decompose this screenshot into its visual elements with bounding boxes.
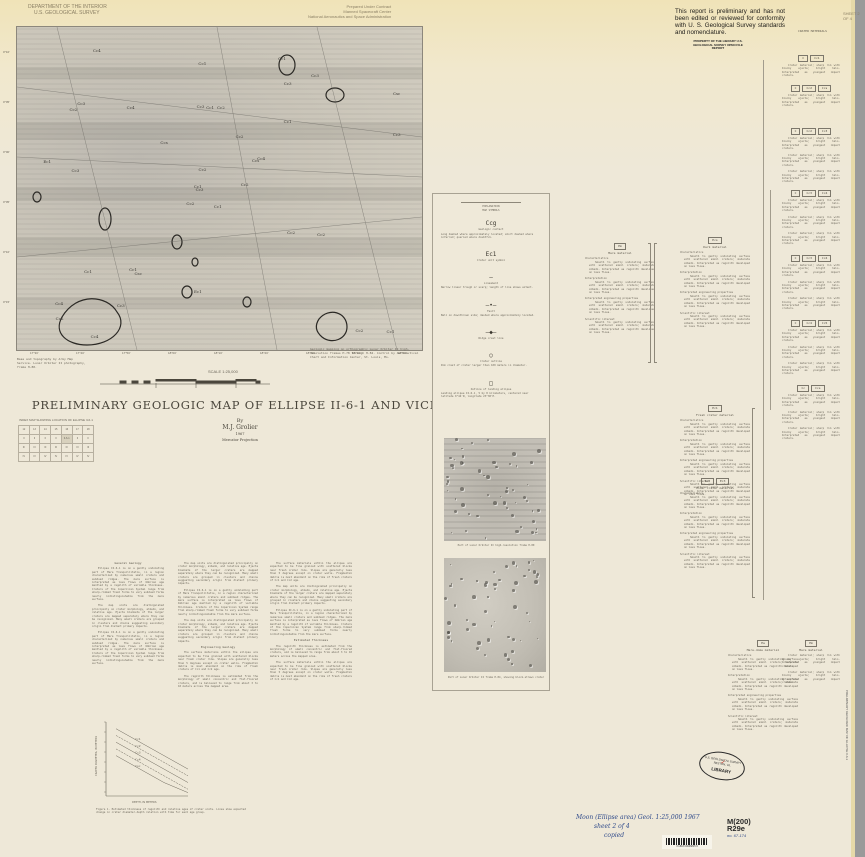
scale-title: SCALE 1:25,000 xyxy=(208,369,238,374)
index-cell: 16 xyxy=(62,426,73,435)
index-cell: 13 xyxy=(30,426,41,435)
map-unit-label: Cc1 xyxy=(84,269,92,274)
crater-dot xyxy=(452,467,454,469)
crater-dot xyxy=(532,520,535,523)
crater-dot xyxy=(451,583,452,584)
geologic-map[interactable]: Cc1Cc2Cc3Cc4CcsCscCc1Cc2Cc3Cc2Cc4Cc1Cc3C… xyxy=(16,26,423,351)
crater-dot xyxy=(486,475,490,479)
crater-dot xyxy=(450,564,452,566)
crater-unit-group: CCc1Crater material; sharp rim with bloc… xyxy=(782,55,840,81)
unit-symbol-box: Ea xyxy=(757,640,769,647)
unit-symbol-box: C xyxy=(791,190,801,197)
crater-dot xyxy=(504,653,508,657)
orbiter-photo-2[interactable] xyxy=(444,558,546,672)
map-unit-label: Cc2 xyxy=(317,232,325,237)
call-number: M(200) R29e no. 67-174 xyxy=(727,818,751,839)
agency-header: DEPARTMENT OF THE INTERIOR U.S. GEOLOGIC… xyxy=(28,4,107,16)
crater-unit-group: CCc3Cc4Crater material; sharp rim with b… xyxy=(782,255,840,314)
index-cell: II xyxy=(19,435,30,444)
crater-dot xyxy=(447,490,448,491)
crater-dot xyxy=(515,530,519,534)
crater-dot xyxy=(512,561,516,565)
map-unit-label: Cc2 xyxy=(355,328,363,333)
crater-dot xyxy=(461,503,465,507)
crater-dot xyxy=(466,628,469,631)
photo-2-caption: Part of Lunar Orbiter II frame H-84, sho… xyxy=(446,676,546,679)
map-unit-label: Cc3 xyxy=(284,81,292,86)
crater-unit-group: CcCcsCrater material; sharp rim with blo… xyxy=(782,385,840,444)
map-credits-right: Geologic mapping on orthographic Lunar O… xyxy=(310,347,420,359)
unit-desc: Crater material; sharp rim with blocky e… xyxy=(782,346,840,360)
map-unit-label: Cc3 xyxy=(77,101,85,106)
crater-dot xyxy=(529,621,531,623)
crater-dot xyxy=(451,532,452,533)
crater-dot xyxy=(509,463,511,465)
crater-dot xyxy=(494,588,496,590)
crater-dot xyxy=(449,457,452,460)
unit-symbol-box: C xyxy=(791,320,801,327)
bracket xyxy=(650,243,651,363)
crater-dot xyxy=(477,641,481,645)
map-unit-label: Ccs xyxy=(160,140,167,145)
unit-section-body: Smooth to gently undulating surface with… xyxy=(684,496,750,510)
legend-desc: Landing ellipse II-6-1, 5 by 8 kilometer… xyxy=(441,392,541,398)
unit-symbol-box: Cc3 xyxy=(802,190,815,197)
section-body: The regolith thickness is estimated from… xyxy=(178,675,258,689)
crater-dot xyxy=(487,596,488,597)
unit-symbol-box: Cc3 xyxy=(818,128,831,135)
crater-dot xyxy=(487,439,489,441)
unit-section-body: Smooth to gently undulating surface with… xyxy=(589,261,655,275)
unit-section-body: Smooth to gently undulating surface with… xyxy=(589,321,655,335)
section-heading: Engineering Geology xyxy=(178,646,258,649)
crater-dot xyxy=(528,561,531,564)
unit-symbol-box: C xyxy=(791,128,801,135)
crater-dot xyxy=(507,636,510,639)
unit-section-body: Smooth to gently undulating surface with… xyxy=(684,275,750,289)
crater-dot xyxy=(472,595,476,599)
map-x-tick: 18°20' xyxy=(260,351,268,355)
map-unit-label: Cc2 xyxy=(287,230,295,235)
barcode-bars xyxy=(666,838,708,845)
chart-series-line xyxy=(116,756,188,793)
crater-dot xyxy=(460,487,464,491)
legend-label: Lineament xyxy=(441,282,541,285)
unit-desc: Crater material; sharp rim with blocky e… xyxy=(782,216,840,230)
index-grid: 12131415161718IIIIIIIIII-6-1IIIIIIIIIIII… xyxy=(18,425,94,462)
map-credits-left: Base and topography by Army Map Service.… xyxy=(17,357,87,369)
index-map-caption: INDEX MAP SHOWING LOCATION OF ELLIPSE II… xyxy=(18,418,94,422)
unit-section-body: Smooth to gently undulating surface with… xyxy=(684,463,750,477)
crater-dot xyxy=(511,650,514,653)
unit-symbol-box: Cc2 xyxy=(802,128,815,135)
map-unit-label: Ec1 xyxy=(43,159,51,164)
map-unit-label: Ec1 xyxy=(194,289,202,294)
unit-symbol-box: Cc4 xyxy=(802,320,815,327)
section-body: The map units are distinguished principa… xyxy=(270,585,352,605)
call-number-line3: no. 67-174 xyxy=(727,832,751,839)
crater-dot xyxy=(478,469,481,472)
photo-1-caption: Part of Lunar Orbiter II high-resolution… xyxy=(446,544,546,547)
map-unit-label: Cc3 xyxy=(393,132,401,137)
map-y-tick: 0°05' xyxy=(3,100,10,104)
map-unit-label: Cc4 xyxy=(91,334,99,339)
legend-symbol: Ec1 xyxy=(441,251,541,259)
crater-dot xyxy=(512,452,516,456)
unit-symbol-box: Ec2 xyxy=(701,478,714,485)
crater-dot xyxy=(476,647,479,650)
index-cell: III xyxy=(40,444,51,453)
bracket xyxy=(654,243,655,363)
map-unit-label: Cc1 xyxy=(214,204,222,209)
crater-dot xyxy=(527,484,528,485)
barcode-number: 3 1818 00046815 6 xyxy=(662,845,712,848)
crater-dot xyxy=(485,537,487,539)
unit-desc: Crater material; sharp rim with blocky e… xyxy=(782,199,840,213)
crater-dot xyxy=(537,449,541,453)
crater-dot xyxy=(536,528,538,530)
index-cell: 17 xyxy=(73,426,84,435)
unit-symbol-box: Cc4 xyxy=(818,255,831,262)
crater-dot xyxy=(537,638,538,639)
barcode: 3 1818 00046815 6 xyxy=(662,835,712,849)
orbiter-photo-1[interactable] xyxy=(444,438,546,541)
author: M.J. Grolier xyxy=(200,424,280,431)
crater-dot xyxy=(487,494,489,496)
text-column-2: The map units are distinguished principa… xyxy=(178,562,258,691)
chart-series-line xyxy=(116,749,188,789)
crater-dot xyxy=(531,531,535,535)
crater-dot xyxy=(494,621,495,622)
crater-dot xyxy=(483,475,484,476)
unit-desc: Crater material; sharp rim with blocky e… xyxy=(782,394,840,408)
index-cell: IV xyxy=(51,453,62,462)
crater-dot xyxy=(512,638,515,641)
crater-dot xyxy=(449,585,452,588)
crater-dot xyxy=(498,579,500,581)
column-rule xyxy=(770,190,771,410)
legend-item: —LineamentNarrow linear trough or scarp;… xyxy=(441,274,541,289)
section-body: The map units are distinguished principa… xyxy=(178,619,258,643)
chart-series-line xyxy=(116,735,188,775)
crater-unit-group: CCc4Cc5Crater material; sharp rim with b… xyxy=(782,320,840,379)
unit-symbol-box: C xyxy=(791,255,801,262)
call-number-line2: R29e xyxy=(727,825,751,832)
crater-dot xyxy=(506,487,508,489)
crater-dot xyxy=(492,461,495,464)
crater-dot xyxy=(484,654,486,656)
map-x-tick: 18°00' xyxy=(168,351,176,355)
map-x-tick: 17°30' xyxy=(30,351,38,355)
crater-dot xyxy=(460,578,462,580)
unit-desc: Crater material; sharp rim with blocky e… xyxy=(782,411,840,425)
unit-symbol-box: Cc4 xyxy=(818,190,831,197)
crater-dot xyxy=(451,640,452,641)
handwritten-line-1: Moon (Ellipse area) Geol. 1:25,000 1967 xyxy=(576,813,700,822)
crater-dot xyxy=(495,466,498,469)
crater-dot xyxy=(476,580,477,581)
legend-desc: Ball on downthrown side; dashed where ap… xyxy=(441,314,541,317)
map-unit-label: Cc2 xyxy=(199,167,207,172)
section-body: The surface materials within the ellipse… xyxy=(178,651,258,671)
map-unit-label: Cc1 xyxy=(129,267,137,272)
map-unit-label: Cc1 xyxy=(278,56,286,61)
unit-symbol-box: Ccs xyxy=(818,85,831,92)
crater-dot xyxy=(528,569,530,571)
unit-symbol-box: Cc xyxy=(797,385,809,392)
right-heading: CRATER MATERIALS xyxy=(785,30,840,33)
map-y-tick: 0°10' xyxy=(3,250,10,254)
crater-dot xyxy=(535,532,537,534)
unit-symbol-box: Ecs xyxy=(708,237,721,244)
column-rule xyxy=(763,60,764,600)
crater-dot xyxy=(530,461,533,464)
crater-dot xyxy=(476,515,479,518)
legend-symbol: —•— xyxy=(441,302,541,310)
crater-dot xyxy=(471,442,473,444)
crater-dot xyxy=(468,513,470,515)
unit-desc: Crater material; sharp rim with blocky e… xyxy=(782,64,840,78)
crater-dot xyxy=(455,498,456,499)
crater-dot xyxy=(515,502,516,503)
crater-dot xyxy=(537,509,539,511)
crater-dot xyxy=(462,455,465,458)
crater-dot xyxy=(505,490,508,493)
unit-name: Dark material xyxy=(680,246,750,249)
legend-desc: Rim crest of crater larger than 100 mete… xyxy=(441,364,541,367)
index-cell: III xyxy=(30,444,41,453)
legend-item: □Outline of landing ellipseLanding ellip… xyxy=(441,380,541,399)
crater-dot xyxy=(455,438,458,441)
map-unit-label: Cc1 xyxy=(198,61,206,66)
map-title: PRELIMINARY GEOLOGIC MAP OF ELLIPSE II-6… xyxy=(0,398,500,412)
scan-border xyxy=(855,0,865,857)
preliminary-notice: This report is preliminary and has not b… xyxy=(675,8,785,36)
section-body: The surface materials within the ellipse… xyxy=(270,562,352,582)
index-cell: III xyxy=(19,444,30,453)
projection: Mercator Projection xyxy=(200,438,280,442)
unit-desc: Crater material; sharp rim with blocky e… xyxy=(782,154,840,168)
section-body: The regolith thickness is estimated from… xyxy=(270,645,352,659)
crater-unit-group: CCc2Cc3Crater material; sharp rim with b… xyxy=(782,128,840,187)
section-body: The map units are distinguished principa… xyxy=(92,604,164,628)
unit-name: Mare material xyxy=(585,252,655,255)
svg-text:Cc4: Cc4 xyxy=(135,757,141,761)
map-unit-label: Cc4 xyxy=(127,105,135,110)
svg-text:Cc2: Cc2 xyxy=(135,744,141,748)
index-cell: II xyxy=(30,435,41,444)
crater-dot xyxy=(491,625,493,627)
map-x-tick: 17°50' xyxy=(122,351,130,355)
unit-desc: Crater material; sharp rim with blocky e… xyxy=(782,264,840,278)
crater-dot xyxy=(493,583,496,586)
unit-desc: Crater material; sharp rim with blocky e… xyxy=(782,297,840,311)
unit-desc: Crater material; sharp rim with blocky e… xyxy=(782,137,840,151)
index-cell: 15 xyxy=(51,426,62,435)
crater-dot xyxy=(446,483,448,485)
svg-text:CRATER DIAMETER, IN METERS: CRATER DIAMETER, IN METERS xyxy=(94,736,98,776)
crater-dot xyxy=(506,507,508,509)
map-unit-label: Cc3 xyxy=(311,73,319,78)
handwritten-line-2: sheet 2 of 4 xyxy=(576,822,700,831)
crater-dot xyxy=(447,631,450,634)
unit-desc: Crater material; sharp rim with blocky e… xyxy=(782,654,840,668)
unit-description: EmMare materialCharacteristicsSmooth to … xyxy=(585,243,655,338)
unit-section-body: Smooth to gently undulating surface with… xyxy=(684,536,750,550)
unit-symbol-box: Ec3 xyxy=(716,478,729,485)
scale-bar xyxy=(100,379,270,389)
section-body: Ellipse II-6-1 is on a gently undulating… xyxy=(270,609,352,636)
legend-label: Crater outline xyxy=(441,360,541,363)
crater-dot xyxy=(514,581,518,585)
section-body: Ellipse II-6-1 is on a gently undulating… xyxy=(92,567,164,601)
map-unit-label: Csc xyxy=(393,91,400,96)
unit-name: Fresh crater material xyxy=(680,414,750,417)
legend-label: Fault xyxy=(441,310,541,313)
crater-dot xyxy=(516,565,517,566)
map-unit-label: Cc4 xyxy=(55,301,63,306)
unit-section-body: Smooth to gently undulating surface with… xyxy=(732,718,798,732)
map-unit-label: Cc3 xyxy=(197,104,205,109)
chart-caption: Figure 1. Estimated thickness of regolit… xyxy=(96,808,256,814)
crater-dot xyxy=(500,496,501,497)
crater-dot xyxy=(512,489,514,491)
map-contacts xyxy=(17,27,422,350)
legend-item: ○Crater outlineRim crest of crater large… xyxy=(441,352,541,367)
crater-dot xyxy=(529,664,532,667)
svg-text:Csc: Csc xyxy=(135,764,141,768)
unit-section-body: Smooth to gently undulating surface with… xyxy=(684,556,750,570)
index-cell: 12 xyxy=(19,426,30,435)
unit-desc: Crater material; sharp rim with blocky e… xyxy=(782,94,840,108)
index-cell: II xyxy=(51,435,62,444)
chart-series-line xyxy=(116,729,188,769)
map-unit-label: Cc1 xyxy=(284,119,292,124)
unit-section-body: Smooth to gently undulating surface with… xyxy=(684,255,750,269)
legend-item: —◆—Ridge crest line xyxy=(441,329,541,340)
crater-dot xyxy=(454,604,456,606)
map-x-tick: 18°10' xyxy=(214,351,222,355)
crater-dot xyxy=(512,589,514,591)
crater-dot xyxy=(447,480,449,482)
unit-symbol-box: Cc5 xyxy=(818,320,831,327)
map-unit-label: Cc1 xyxy=(194,184,202,189)
map-unit-label: Cc4 xyxy=(257,156,265,161)
index-cell: II xyxy=(83,435,94,444)
year: 1967 xyxy=(210,432,270,436)
unit-symbol-box: Ec1 xyxy=(708,405,721,412)
crater-dot xyxy=(511,663,512,664)
text-column-3: The surface materials within the ellipse… xyxy=(270,562,352,685)
crater-dot xyxy=(493,571,495,573)
unit-description: Ec2Ec3Older crater materialCharacteristi… xyxy=(680,478,750,573)
crater-dot xyxy=(472,623,475,626)
legend-label: Ridge crest line xyxy=(441,337,541,340)
section-heading: Estimated Thickness xyxy=(270,639,352,642)
crater-dot xyxy=(503,501,506,504)
unit-symbol-box: Ccs xyxy=(811,385,824,392)
unit-desc: Crater material; sharp rim with blocky e… xyxy=(782,362,840,376)
crater-dot xyxy=(454,459,455,460)
legend-label: Geologic contact xyxy=(441,228,541,231)
map-unit-label: Cc2 xyxy=(236,134,244,139)
map-y-tick: 0°00' xyxy=(3,150,10,154)
crater-dot xyxy=(520,526,523,529)
map-y-tick: 0°15' xyxy=(3,300,10,304)
unit-desc: Crater material; sharp rim with blocky e… xyxy=(782,329,840,343)
crater-dot xyxy=(523,575,526,578)
crater-dot xyxy=(516,465,518,467)
bracket xyxy=(752,408,753,598)
map-unit-label: Csc xyxy=(135,271,142,276)
unit-symbol-box: Em xyxy=(805,640,817,647)
legend-label: Crater unit symbol xyxy=(441,259,541,262)
index-cell: II-6-1 xyxy=(62,435,73,444)
unit-name: Older crater material xyxy=(680,487,750,490)
map-y-tick: 0°10' xyxy=(3,50,10,54)
map-unit-label: Cc2 xyxy=(186,201,194,206)
legend-desc: Long dashed where approximately located;… xyxy=(441,233,541,239)
map-unit-label: Cc4 xyxy=(93,48,101,53)
property-stamp: PROPERTY OF THE LIBRARY U.S. GEOLOGICAL … xyxy=(688,40,748,51)
unit-symbol-box: C xyxy=(791,85,801,92)
index-cell: IV xyxy=(83,453,94,462)
unit-description: EcsDark materialCharacteristicsSmooth to… xyxy=(680,237,750,332)
svg-text:Cc1: Cc1 xyxy=(135,737,141,741)
agency-line-2: U.S. GEOLOGICAL SURVEY xyxy=(28,10,107,16)
map-unit-label: Cc1 xyxy=(206,105,214,110)
crater-dot xyxy=(462,462,464,464)
unit-section-body: Smooth to gently undulating surface with… xyxy=(589,281,655,295)
prepared-line-3: National Aeronautics and Space Administr… xyxy=(308,14,391,19)
unit-symbol-box: Cc2 xyxy=(802,85,815,92)
legend-item: Ec1Crater unit symbol xyxy=(441,251,541,262)
legend-heading: EXPLANATION xyxy=(461,202,521,208)
map-unit-label: Cc2 xyxy=(69,107,77,112)
legend-symbol: □ xyxy=(441,380,541,388)
section-body: The map units are distinguished principa… xyxy=(178,562,258,586)
crater-dot xyxy=(447,621,451,625)
crater-dot xyxy=(485,581,487,583)
unit-desc: Crater material; sharp rim with blocky e… xyxy=(782,170,840,184)
map-unit-label: Cc2 xyxy=(56,316,64,321)
crater-dot xyxy=(511,514,514,517)
unit-section-body: Smooth to gently undulating surface with… xyxy=(684,315,750,329)
crater-dot xyxy=(461,448,463,450)
unit-section-body: Smooth to gently undulating surface with… xyxy=(684,443,750,457)
index-cell: II xyxy=(40,435,51,444)
unit-desc: Crater material; sharp rim with blocky e… xyxy=(782,427,840,441)
crater-unit-group: EmMare materialCrater material; sharp ri… xyxy=(782,640,840,688)
unit-section-body: Smooth to gently undulating surface with… xyxy=(732,698,798,712)
chart-series-line xyxy=(116,742,188,782)
map-unit-label: Cc2 xyxy=(241,182,249,187)
index-cell: 18 xyxy=(83,426,94,435)
crater-dot xyxy=(444,597,447,600)
map-x-tick: 17°40' xyxy=(76,351,84,355)
index-cell: IV xyxy=(40,453,51,462)
crater-dot xyxy=(533,560,534,561)
section-body: Ellipse II-6-1 is on a gently undulating… xyxy=(92,631,164,665)
prepared-for: Prepared Under Contract Manned Spacecraf… xyxy=(308,4,391,19)
unit-desc: Crater material; sharp rim with blocky e… xyxy=(782,671,840,685)
text-column-1: General Geology Ellipse II-6-1 is on a g… xyxy=(92,562,164,668)
map-unit-label: Cc1 xyxy=(387,329,395,334)
crater-materials-heading: CRATER MATERIALS xyxy=(785,30,840,35)
index-cell: IV xyxy=(73,453,84,462)
crater-dot xyxy=(536,576,539,579)
legend-symbol: —◆— xyxy=(441,329,541,337)
